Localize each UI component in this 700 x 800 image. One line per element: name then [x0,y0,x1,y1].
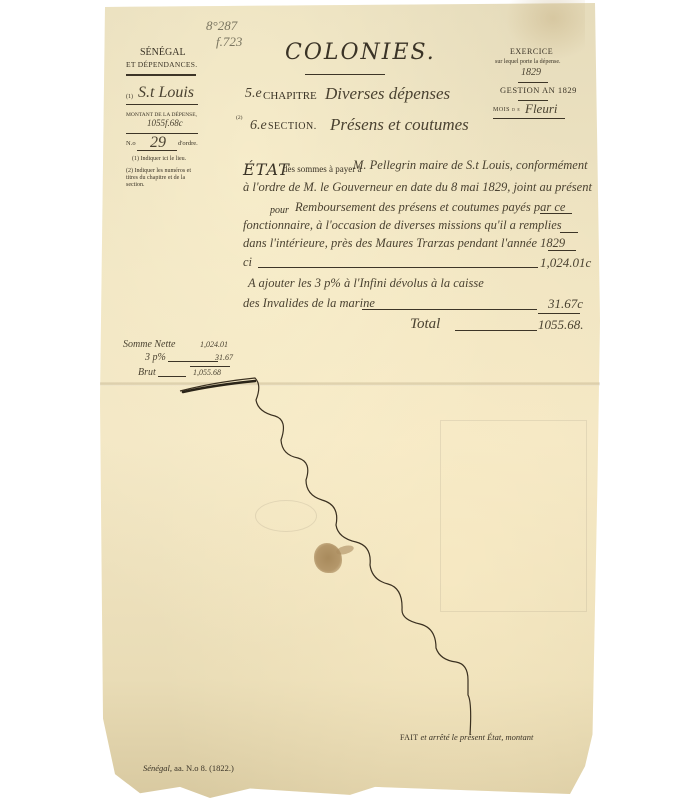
cancellation-stroke [0,0,700,800]
form-ref-italic: Sénégal, [143,763,172,773]
closing-bold: FAIT [400,733,418,742]
form-ref: aa. N.o 8. (1822.) [174,763,234,773]
closing-text: et arrêté le présent État, montant [421,732,534,742]
